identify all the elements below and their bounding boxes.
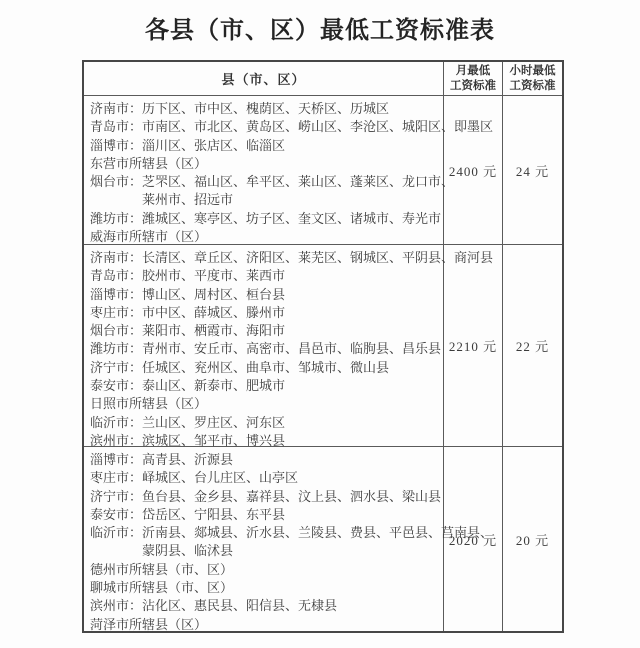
wage-tier-row-2210: 济南市：长清区、章丘区、济阳区、莱芜区、钢城区、平阴县、商河县青岛市：胶州市、平…: [84, 245, 562, 447]
region-line: 蒙阴县、临沭县: [90, 542, 439, 560]
region-line: 临沂市：兰山区、罗庄区、河东区: [90, 414, 439, 432]
wage-tier-row-2020: 淄博市：高青县、沂源县枣庄市：峄城区、台儿庄区、山亭区济宁市：鱼台县、金乡县、嘉…: [84, 447, 562, 631]
region-list-cell: 淄博市：高青县、沂源县枣庄市：峄城区、台儿庄区、山亭区济宁市：鱼台县、金乡县、嘉…: [84, 447, 444, 631]
region-line: 济宁市：鱼台县、金乡县、嘉祥县、汶上县、泗水县、梁山县: [90, 488, 439, 506]
header-monthly-wage-column: 月最低 工资标准: [444, 62, 503, 95]
region-line: 滨州市：沾化区、惠民县、阳信县、无棣县: [90, 597, 439, 615]
region-line: 莱州市、招远市: [90, 191, 439, 209]
region-line: 青岛市：市南区、市北区、黄岛区、崂山区、李沧区、城阳区、即墨区: [90, 118, 439, 136]
header-monthly-wage-line1: 月最低: [456, 64, 491, 79]
monthly-wage-cell: 2210 元: [444, 245, 503, 446]
region-line: 济南市：历下区、市中区、槐荫区、天桥区、历城区: [90, 100, 439, 118]
hourly-wage-cell: 20 元: [503, 447, 562, 631]
region-line: 淄博市：淄川区、张店区、临淄区: [90, 137, 439, 155]
region-line: 聊城市所辖县（市、区）: [90, 579, 439, 597]
hourly-wage-cell: 22 元: [503, 245, 562, 446]
region-line: 济南市：长清区、章丘区、济阳区、莱芜区、钢城区、平阴县、商河县: [90, 249, 439, 267]
region-line: 淄博市：高青县、沂源县: [90, 451, 439, 469]
minimum-wage-table: 县（市、区） 月最低 工资标准 小时最低 工资标准 济南市：历下区、市中区、槐荫…: [82, 60, 564, 633]
region-list-cell: 济南市：历下区、市中区、槐荫区、天桥区、历城区青岛市：市南区、市北区、黄岛区、崂…: [84, 96, 444, 244]
header-region-column: 县（市、区）: [84, 62, 444, 95]
region-line: 东营市所辖县（区）: [90, 155, 439, 173]
region-line: 菏泽市所辖县（区）: [90, 616, 439, 634]
header-hourly-wage-line1: 小时最低: [510, 64, 556, 79]
region-line: 烟台市：芝罘区、福山区、牟平区、莱山区、蓬莱区、龙口市、: [90, 173, 439, 191]
region-line: 泰安市：泰山区、新泰市、肥城市: [90, 377, 439, 395]
header-hourly-wage-line2: 工资标准: [510, 79, 556, 94]
region-list-cell: 济南市：长清区、章丘区、济阳区、莱芜区、钢城区、平阴县、商河县青岛市：胶州市、平…: [84, 245, 444, 446]
header-monthly-wage-line2: 工资标准: [450, 79, 496, 94]
region-line: 德州市所辖县（市、区）: [90, 561, 439, 579]
region-line: 潍坊市：潍城区、寒亭区、坊子区、奎文区、诸城市、寿光市: [90, 210, 439, 228]
region-line: 临沂市：沂南县、郯城县、沂水县、兰陵县、费县、平邑县、莒南县、: [90, 524, 439, 542]
region-line: 枣庄市：峄城区、台儿庄区、山亭区: [90, 469, 439, 487]
region-line: 烟台市：莱阳市、栖霞市、海阳市: [90, 322, 439, 340]
table-header-row: 县（市、区） 月最低 工资标准 小时最低 工资标准: [84, 62, 562, 96]
monthly-wage-cell: 2020 元: [444, 447, 503, 631]
region-line: 泰安市：岱岳区、宁阳县、东平县: [90, 506, 439, 524]
region-line: 潍坊市：青州市、安丘市、高密市、昌邑市、临朐县、昌乐县: [90, 340, 439, 358]
region-line: 枣庄市：市中区、薛城区、滕州市: [90, 304, 439, 322]
monthly-wage-cell: 2400 元: [444, 96, 503, 244]
header-hourly-wage-column: 小时最低 工资标准: [503, 62, 562, 95]
hourly-wage-cell: 24 元: [503, 96, 562, 244]
document-page: 各县（市、区）最低工资标准表 县（市、区） 月最低 工资标准 小时最低 工资标准…: [0, 0, 640, 648]
region-line: 济宁市：任城区、兖州区、曲阜市、邹城市、微山县: [90, 359, 439, 377]
region-line: 青岛市：胶州市、平度市、莱西市: [90, 267, 439, 285]
region-line: 日照市所辖县（区）: [90, 395, 439, 413]
page-title: 各县（市、区）最低工资标准表: [0, 10, 640, 45]
region-line: 威海市所辖市（区）: [90, 228, 439, 246]
wage-tier-row-2400: 济南市：历下区、市中区、槐荫区、天桥区、历城区青岛市：市南区、市北区、黄岛区、崂…: [84, 96, 562, 245]
region-line: 淄博市：博山区、周村区、桓台县: [90, 286, 439, 304]
